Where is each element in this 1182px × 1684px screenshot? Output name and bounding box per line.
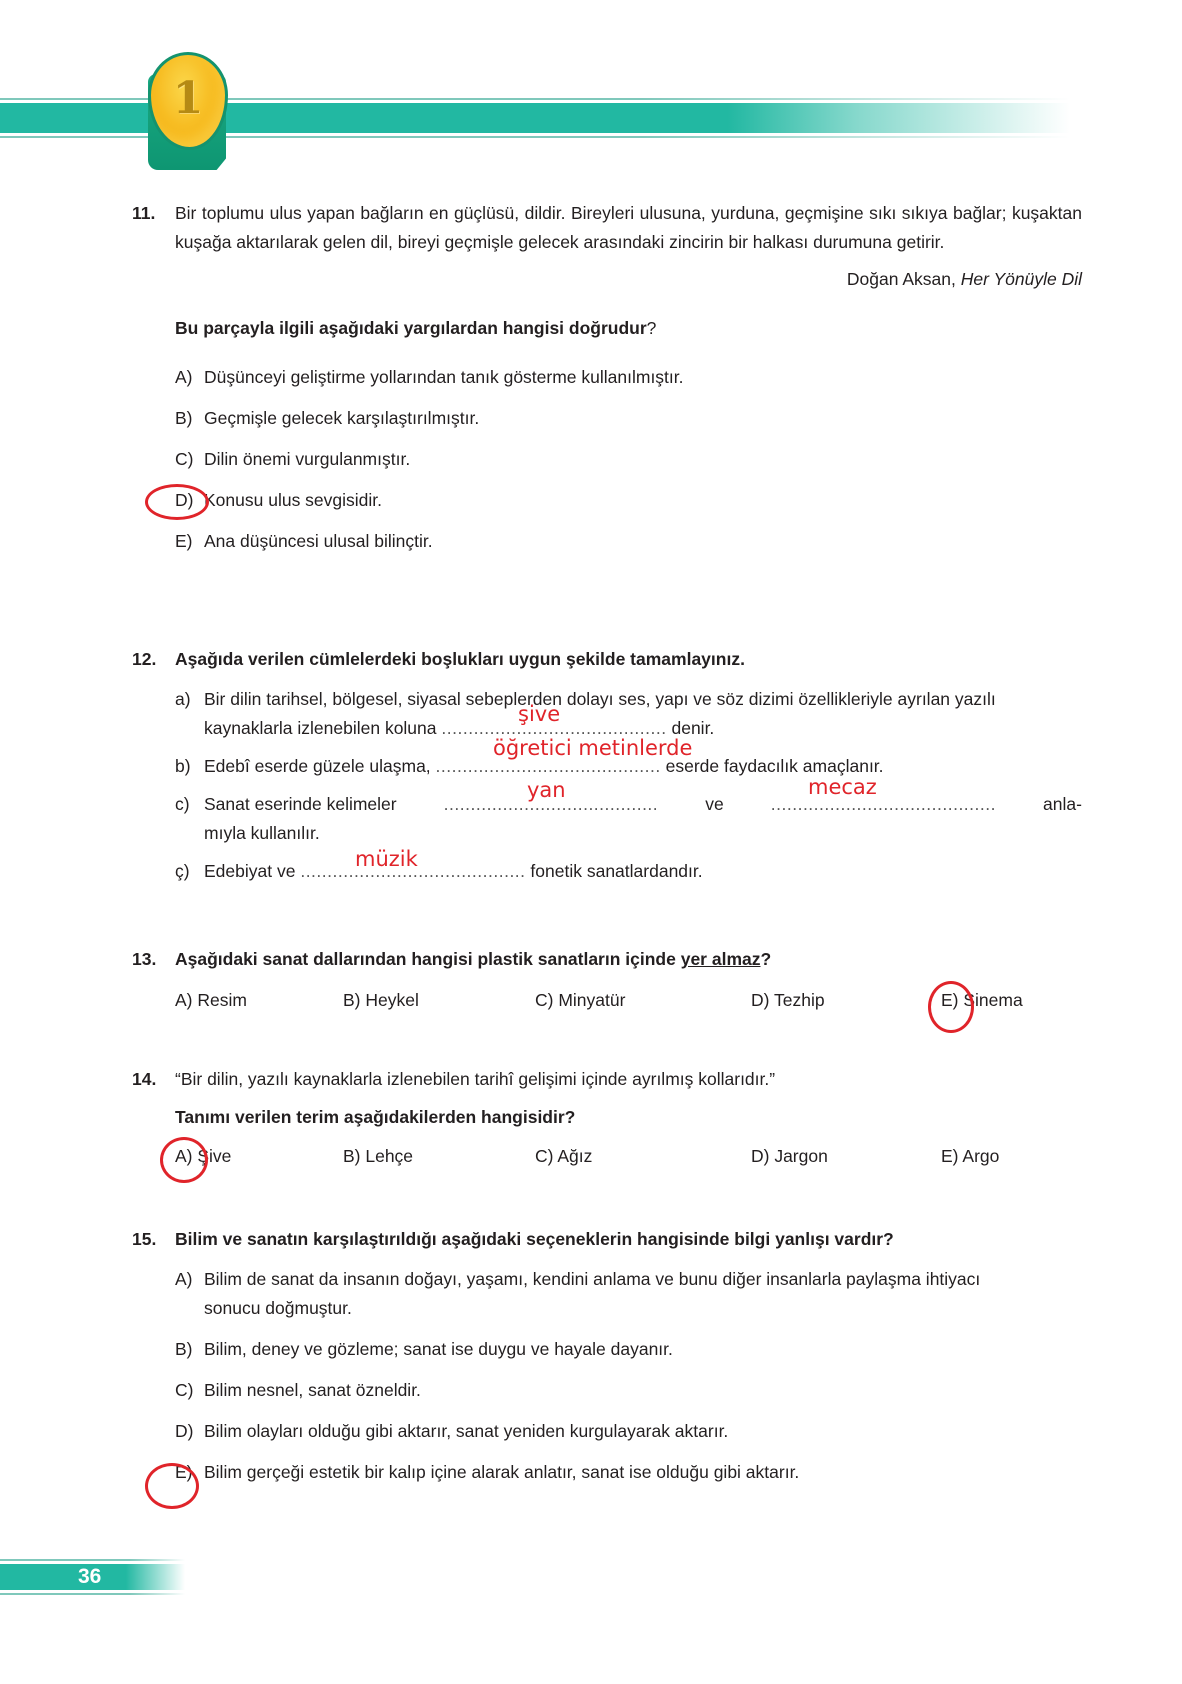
option-a[interactable]: A) Şive	[175, 1142, 343, 1171]
option-e[interactable]: E)Bilim gerçeği estetik bir kalıp içine …	[175, 1458, 1082, 1499]
option-e[interactable]: E) Sinema	[941, 986, 1023, 1015]
fill-item-c-cedilla: ç) Edebiyat ve .........................…	[175, 857, 1082, 886]
item-text: Edebî eserde güzele ulaşma,	[204, 756, 431, 776]
item-letter: c)	[175, 790, 190, 819]
option-a[interactable]: A) Bilim de sanat da insanın doğayı, yaş…	[175, 1265, 1082, 1323]
source-title: Her Yönüyle Dil	[961, 269, 1082, 289]
definition-quote: “Bir dilin, yazılı kaynaklarla izlenebil…	[175, 1065, 1082, 1094]
option-a[interactable]: A) Resim	[175, 986, 343, 1015]
question-prompt: Bilim ve sanatın karşılaştırıldığı aşağı…	[175, 1225, 1082, 1254]
option-letter: B)	[175, 1335, 204, 1364]
option-text: Konusu ulus sevgisidir.	[204, 490, 382, 510]
item-text: Bir dilin tarihsel, bölgesel, siyasal se…	[204, 685, 1082, 714]
options-list: A) Bilim de sanat da insanın doğayı, yaş…	[175, 1265, 1082, 1499]
prompt-text: Aşağıdaki sanat dallarından hangisi plas…	[175, 949, 681, 969]
item-text: fonetik sanatlardandır.	[530, 861, 702, 881]
item-text: Edebiyat ve	[204, 861, 295, 881]
handwritten-answer-c1: yan	[527, 778, 566, 802]
item-text: Sanat eserinde kelimeler	[204, 790, 397, 819]
fill-item-c: c) Sanat eserinde kelimeler ............…	[175, 790, 1082, 848]
question-prompt: Bu parçayla ilgili aşağıdaki yargılardan…	[175, 314, 1082, 343]
option-c[interactable]: C)Bilim nesnel, sanat özneldir.	[175, 1376, 1082, 1417]
source-citation: Doğan Aksan, Her Yönüyle Dil	[175, 265, 1082, 294]
option-text: Bilim de sanat da insanın doğayı, yaşamı…	[204, 1265, 1082, 1294]
question-prompt: Aşağıdaki sanat dallarından hangisi plas…	[175, 945, 1082, 974]
handwritten-answer-b: öğretici metinlerde	[493, 736, 692, 760]
option-letter: D)	[175, 486, 204, 515]
option-d[interactable]: D)Konusu ulus sevgisidir.	[175, 486, 1082, 527]
option-text: Geçmişle gelecek karşılaştırılmıştır.	[204, 408, 479, 428]
item-text: mıyla kullanılır.	[204, 819, 1082, 848]
page-number: 36	[78, 1562, 101, 1592]
option-b[interactable]: B) Lehçe	[343, 1142, 535, 1171]
unit-badge: 1	[148, 52, 226, 170]
option-c[interactable]: C) Minyatür	[535, 986, 751, 1015]
option-c[interactable]: C) Ağız	[535, 1142, 751, 1171]
prompt-emphasis: yer almaz	[681, 949, 761, 969]
footer-line-top	[0, 1559, 185, 1561]
question-number: 15.	[132, 1225, 156, 1254]
blank-field-2[interactable]: ........................................…	[771, 790, 996, 819]
question-15: 15. Bilim ve sanatın karşılaştırıldığı a…	[132, 1225, 1082, 1499]
option-e[interactable]: E) Argo	[941, 1142, 999, 1171]
item-text: kaynaklarla izlenebilen koluna	[204, 718, 437, 738]
item-letter: b)	[175, 752, 191, 781]
option-d[interactable]: D) Tezhip	[751, 986, 941, 1015]
prompt-text: Bu parçayla ilgili aşağıdaki yargılardan…	[175, 318, 647, 338]
option-text: Dilin önemi vurgulanmıştır.	[204, 449, 410, 469]
option-d[interactable]: D)Bilim olayları olduğu gibi aktarır, sa…	[175, 1417, 1082, 1458]
option-text: Bilim nesnel, sanat özneldir.	[204, 1380, 421, 1400]
footer-line-bottom	[0, 1593, 185, 1595]
options-row: A) Şive B) Lehçe C) Ağız D) Jargon E) Ar…	[175, 1142, 1082, 1171]
option-a[interactable]: A)Düşünceyi geliştirme yollarından tanık…	[175, 363, 1082, 404]
option-letter: D)	[175, 1417, 204, 1446]
unit-number: 1	[173, 73, 204, 124]
prompt-end: ?	[647, 318, 657, 338]
fill-item-a: a) Bir dilin tarihsel, bölgesel, siyasal…	[175, 685, 1082, 743]
item-text: ve	[705, 790, 723, 819]
option-b[interactable]: B)Geçmişle gelecek karşılaştırılmıştır.	[175, 404, 1082, 445]
question-12: 12. Aşağıda verilen cümlelerdeki boşlukl…	[132, 645, 1082, 886]
question-number: 11.	[132, 199, 155, 228]
option-text: Ana düşüncesi ulusal bilinçtir.	[204, 531, 433, 551]
option-letter: E)	[175, 527, 204, 556]
option-text: sonucu doğmuştur.	[204, 1294, 1082, 1323]
source-author: Doğan Aksan,	[847, 269, 961, 289]
option-letter: A)	[175, 1265, 193, 1294]
options-list: A)Düşünceyi geliştirme yollarından tanık…	[175, 363, 1082, 568]
option-d[interactable]: D) Jargon	[751, 1142, 941, 1171]
option-b[interactable]: B) Heykel	[343, 986, 535, 1015]
question-prompt: Aşağıda verilen cümlelerdeki boşlukları …	[175, 645, 1082, 674]
question-prompt: Tanımı verilen terim aşağıdakilerden han…	[175, 1103, 1082, 1132]
item-letter: ç)	[175, 857, 190, 886]
option-letter: C)	[175, 445, 204, 474]
option-text: Düşünceyi geliştirme yollarından tanık g…	[204, 367, 684, 387]
option-letter: A)	[175, 363, 204, 392]
question-13: 13. Aşağıdaki sanat dallarından hangisi …	[132, 945, 1082, 1015]
option-text: Bilim, deney ve gözleme; sanat ise duygu…	[204, 1339, 673, 1359]
handwritten-answer-a: şive	[518, 702, 560, 726]
item-letter: a)	[175, 685, 191, 714]
handwritten-answer-c2: mecaz	[808, 775, 877, 799]
option-letter: B)	[175, 404, 204, 433]
question-11: 11. Bir toplumu ulus yapan bağların en g…	[132, 199, 1082, 568]
handwritten-answer-c-cedilla: müzik	[355, 847, 418, 871]
item-text: anla-	[1043, 790, 1082, 819]
question-14: 14. “Bir dilin, yazılı kaynaklarla izlen…	[132, 1065, 1082, 1171]
option-text: Bilim olayları olduğu gibi aktarır, sana…	[204, 1421, 728, 1441]
question-number: 12.	[132, 645, 156, 674]
item-text: eserde faydacılık amaçlanır.	[666, 756, 884, 776]
option-b[interactable]: B)Bilim, deney ve gözleme; sanat ise duy…	[175, 1335, 1082, 1376]
option-text: Bilim gerçeği estetik bir kalıp içine al…	[204, 1462, 799, 1482]
question-number: 14.	[132, 1065, 156, 1094]
option-e[interactable]: E)Ana düşüncesi ulusal bilinçtir.	[175, 527, 1082, 568]
question-paragraph: Bir toplumu ulus yapan bağların en güçlü…	[175, 199, 1082, 257]
item-text: denir.	[671, 718, 714, 738]
option-letter: E)	[175, 1458, 204, 1487]
option-letter: C)	[175, 1376, 204, 1405]
options-row: A) Resim B) Heykel C) Minyatür D) Tezhip…	[175, 986, 1082, 1015]
option-c[interactable]: C)Dilin önemi vurgulanmıştır.	[175, 445, 1082, 486]
question-number: 13.	[132, 945, 156, 974]
prompt-end: ?	[761, 949, 772, 969]
